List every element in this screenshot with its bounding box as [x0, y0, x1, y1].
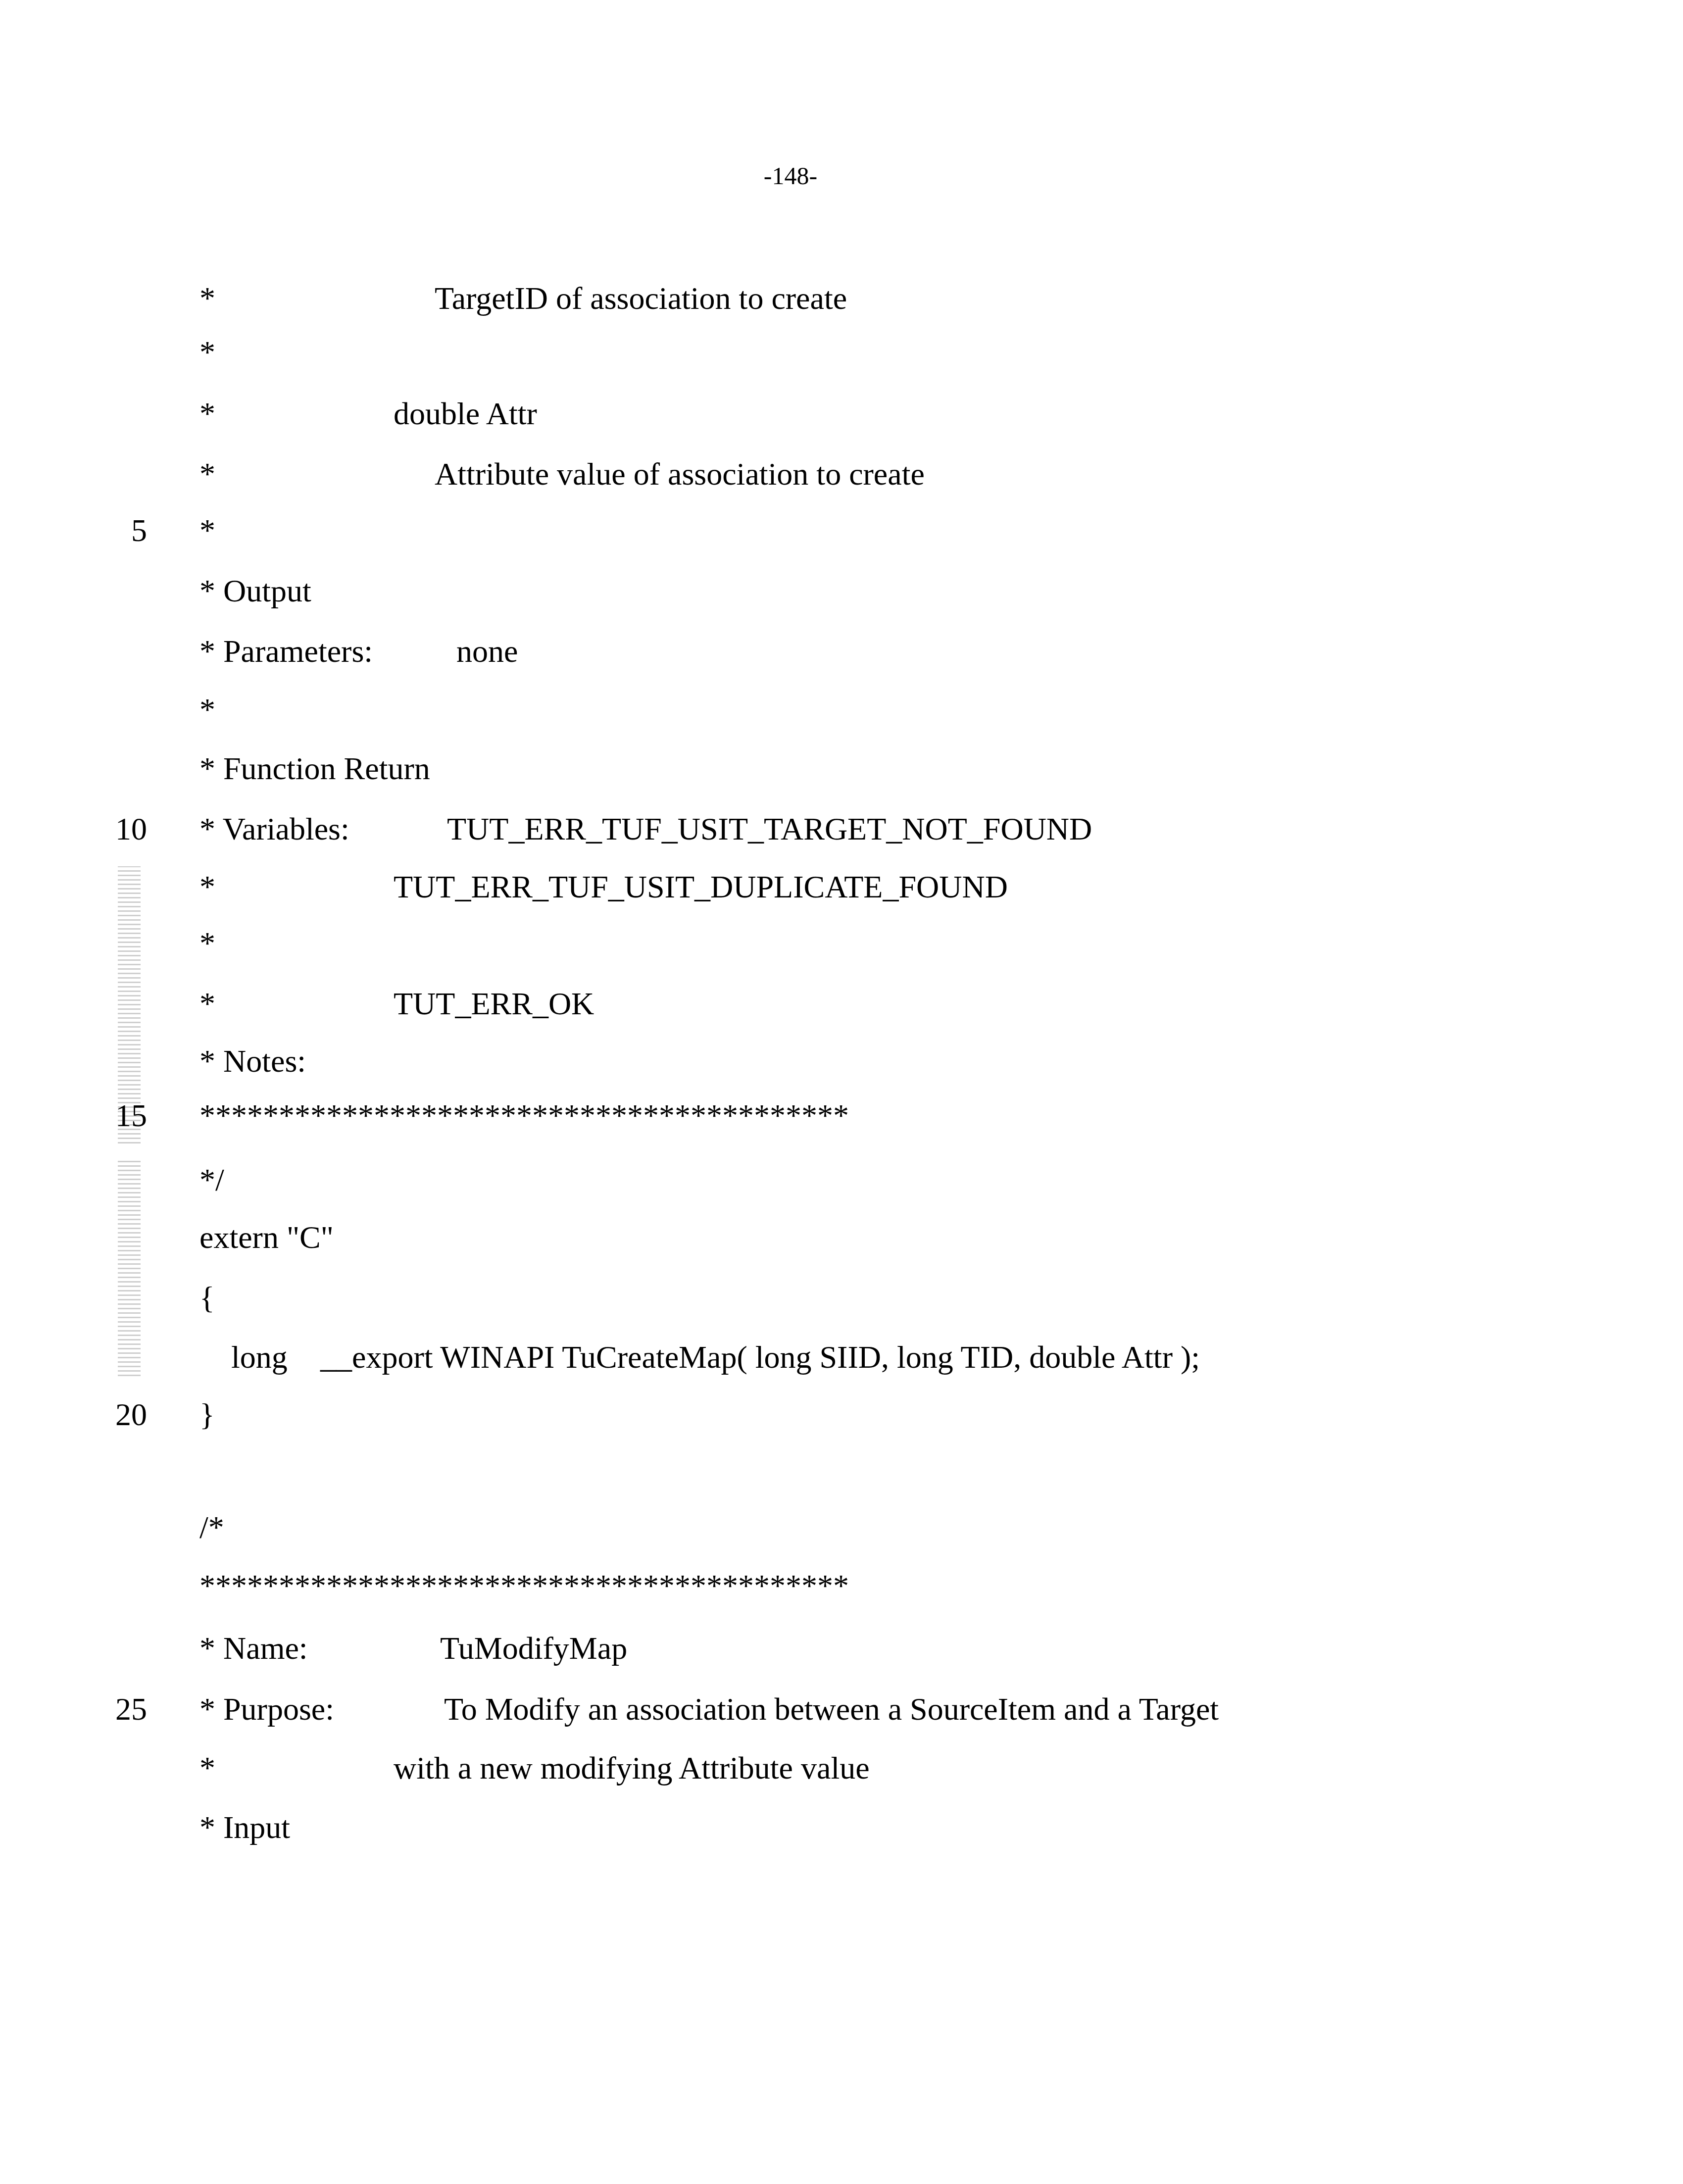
code-text: __export WINAPI TuCreateMap( long SIID, …	[320, 1341, 1200, 1373]
code-text: * Output	[199, 575, 311, 607]
line-number: 10	[115, 813, 147, 845]
code-text: */	[199, 1164, 224, 1196]
code-text: *	[199, 871, 215, 903]
code-text: * Variables:	[199, 813, 349, 845]
code-text: double Attr	[394, 398, 537, 430]
scan-artifact	[118, 1158, 141, 1376]
code-text: TuModifyMap	[440, 1633, 627, 1664]
page-number: -148-	[764, 163, 817, 188]
code-text: * Parameters:	[199, 636, 373, 667]
code-text: TargetID of association to create	[435, 283, 847, 314]
scan-artifact	[118, 866, 141, 1143]
code-text: *	[199, 458, 215, 490]
code-text: To Modify an association between a Sourc…	[444, 1693, 1219, 1725]
code-text: }	[199, 1399, 215, 1431]
code-text: TUT_ERR_TUF_USIT_TARGET_NOT_FOUND	[447, 813, 1092, 845]
code-text: *	[199, 988, 215, 1020]
code-text: long	[231, 1341, 288, 1373]
code-text: ****************************************…	[199, 1100, 849, 1132]
line-number: 25	[115, 1693, 147, 1725]
code-text: TUT_ERR_TUF_USIT_DUPLICATE_FOUND	[394, 871, 1008, 903]
code-text: with a new modifying Attribute value	[394, 1752, 870, 1784]
code-text: none	[456, 636, 518, 667]
code-text: *	[199, 283, 215, 314]
code-text: * Function Return	[199, 753, 430, 785]
code-text: Attribute value of association to create	[435, 458, 925, 490]
line-number: 20	[115, 1399, 147, 1431]
code-text: ****************************************…	[199, 1570, 849, 1602]
code-text: TUT_ERR_OK	[394, 988, 594, 1020]
code-text: * Notes:	[199, 1045, 306, 1077]
code-text: *	[199, 928, 215, 959]
line-number: 5	[131, 515, 147, 546]
code-text: *	[199, 398, 215, 430]
code-text: * Name:	[199, 1633, 308, 1664]
code-text: *	[199, 337, 215, 368]
code-text: *	[199, 694, 215, 726]
code-text: * Purpose:	[199, 1693, 334, 1725]
code-text: {	[199, 1282, 215, 1314]
code-text: * Input	[199, 1812, 290, 1843]
code-text: /*	[199, 1512, 224, 1543]
code-text: *	[199, 1752, 215, 1784]
code-text: *	[199, 515, 215, 546]
code-text: extern "C"	[199, 1222, 334, 1253]
